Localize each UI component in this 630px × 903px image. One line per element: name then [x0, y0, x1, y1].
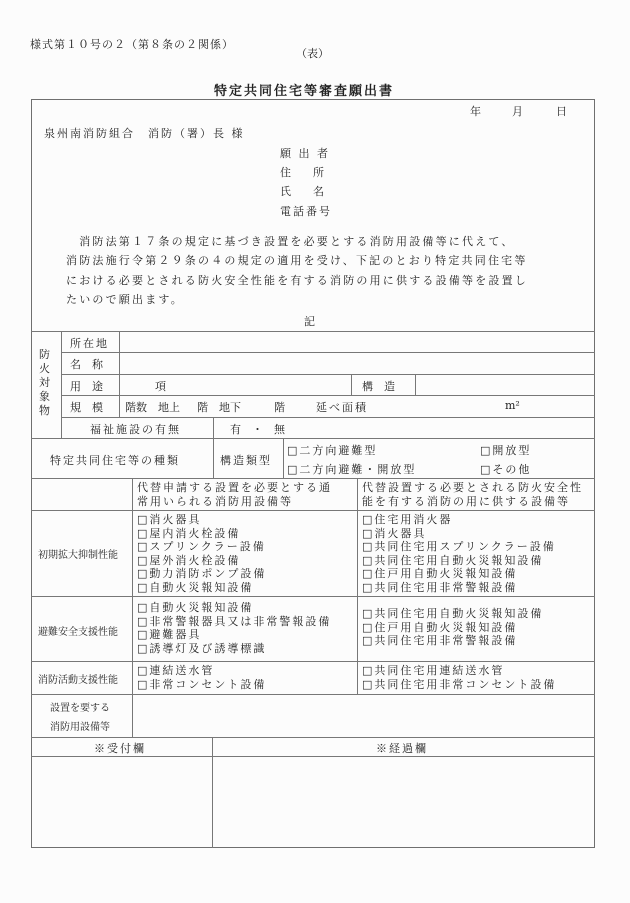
progress-label: ※経過欄 — [376, 740, 428, 756]
divider — [31, 661, 595, 662]
date-day: 日 — [556, 103, 567, 119]
divider — [213, 417, 214, 478]
divider — [31, 478, 595, 479]
name-label: 氏 名 — [280, 183, 324, 199]
type-label: 特定共同住宅等の種類 — [50, 452, 180, 468]
reception-field[interactable] — [32, 757, 211, 847]
row-firefighting-left-list: □連結送水管 □非常コンセント設備 — [137, 664, 266, 691]
checkbox-item[interactable]: □屋外消火栓設備 — [137, 554, 266, 568]
option-two-way-open[interactable]: □二方向避難・開放型 — [287, 461, 416, 477]
row-evacuation-right-list: □共同住宅用自動火災報知設備 □住戸用自動火災報知設備 □共同住宅用非常警報設備 — [362, 607, 543, 648]
checkbox-item[interactable]: □消火器具 — [362, 527, 556, 541]
row-label-firefighting-support: 消防活動支援性能 — [38, 671, 118, 686]
floors-above-unit: 階 地下 — [197, 399, 241, 415]
object-name-field[interactable] — [120, 353, 594, 373]
checkbox-item[interactable]: □スプリンクラー設備 — [137, 540, 266, 554]
row-label-evacuation-support: 避難安全支援性能 — [38, 623, 118, 638]
location-field[interactable] — [120, 332, 594, 351]
checkbox-item[interactable]: □共同住宅用連結送水管 — [362, 664, 556, 678]
checkbox-item[interactable]: □非常警報器具又は非常警報設備 — [137, 615, 331, 629]
floor-area-label: 延べ面積 — [316, 399, 368, 415]
reception-label: ※受付欄 — [94, 740, 146, 756]
welfare-label: 福祉施設の有無 — [90, 421, 181, 437]
addressee: 泉州南消防組合 消防（署）長 様 — [44, 125, 245, 141]
equipment-header-left: 代替申請する設置を必要とする通 常用いられる消防用設備等 — [137, 481, 332, 508]
checkbox-item[interactable]: □避難器具 — [137, 628, 331, 642]
required-equipment-field[interactable] — [133, 695, 594, 736]
divider — [61, 331, 62, 438]
row-initial-right-list: □住宅用消火器 □消火器具 □共同住宅用スプリンクラー設備 □共同住宅用自動火災… — [362, 513, 556, 594]
divider — [357, 478, 358, 694]
structure-label: 構 造 — [362, 378, 395, 394]
divider — [31, 438, 595, 439]
welfare-options[interactable]: 有 ・ 無 — [230, 421, 285, 437]
divider — [31, 596, 595, 597]
divider — [351, 374, 352, 395]
body-line-2: 消防法施行令第２９条の４の規定の適用を受け、下記のとおり特定共同住宅等 — [66, 252, 528, 268]
floors-label: 階数 地上 — [125, 399, 180, 415]
checkbox-item[interactable]: □共同住宅用非常警報設備 — [362, 581, 556, 595]
equipment-header-right: 代替設置する必要とされる防火安全性 能を有する消防の用に供する設備等 — [362, 481, 583, 508]
checkbox-item[interactable]: □非常コンセント設備 — [137, 678, 266, 692]
checkbox-item[interactable]: □住宅用消火器 — [362, 513, 556, 527]
body-line-1: 消防法第１７条の規定に基づき設置を必要とする消防用設備等に代えて、 — [66, 233, 515, 249]
ki-label: 記 — [304, 313, 315, 329]
applicant-heading: 願 出 者 — [280, 145, 330, 161]
form-number: 様式第１０号の２（第８条の２関係） — [30, 36, 234, 52]
location-label: 所在地 — [70, 335, 109, 351]
checkbox-item[interactable]: □自動火災報知設備 — [137, 601, 331, 615]
checkbox-item[interactable]: □連結送水管 — [137, 664, 266, 678]
checkbox-item[interactable]: □共同住宅用自動火災報知設備 — [362, 607, 543, 621]
checkbox-item[interactable]: □自動火災報知設備 — [137, 581, 266, 595]
body-line-4: たいので願出ます。 — [66, 291, 184, 307]
floors-below-unit: 階 — [274, 399, 285, 415]
phone-label: 電話番号 — [280, 203, 332, 219]
divider — [283, 438, 284, 478]
row-initial-left-list: □消火器具 □屋内消火栓設備 □スプリンクラー設備 □屋外消火栓設備 □動力消防… — [137, 513, 266, 594]
divider — [31, 737, 595, 738]
divider — [61, 395, 595, 396]
address-label: 住 所 — [280, 164, 324, 180]
date-month: 月 — [512, 103, 523, 119]
object-name-label: 名 称 — [70, 356, 103, 372]
object-group-label: 防 火 対 象 物 — [39, 348, 53, 418]
structure-field[interactable] — [416, 375, 594, 394]
progress-field[interactable] — [213, 757, 594, 847]
page-title: 特定共同住宅等審査願出書 — [214, 80, 394, 99]
scale-label: 規 模 — [70, 399, 103, 415]
body-line-3: における必要とされる防火安全性能を有する消防の用に供する設備等を設置し — [66, 272, 528, 288]
row-firefighting-right-list: □共同住宅用連結送水管 □共同住宅用非常コンセント設備 — [362, 664, 556, 691]
option-open[interactable]: □開放型 — [480, 442, 531, 458]
checkbox-item[interactable]: □誘導灯及び誘導標識 — [137, 642, 331, 656]
floor-area-unit: m² — [505, 399, 520, 412]
row-label-initial-suppression: 初期拡大抑制性能 — [38, 546, 118, 561]
checkbox-item[interactable]: □住戸用自動火災報知設備 — [362, 567, 556, 581]
checkbox-item[interactable]: □共同住宅用非常警報設備 — [362, 634, 543, 648]
checkbox-item[interactable]: □動力消防ポンプ設備 — [137, 567, 266, 581]
checkbox-item[interactable]: □共同住宅用非常コンセント設備 — [362, 678, 556, 692]
option-other[interactable]: □その他 — [480, 461, 531, 477]
date-year: 年 — [470, 103, 481, 119]
use-label: 用 途 — [70, 378, 103, 394]
row-evacuation-left-list: □自動火災報知設備 □非常警報器具又は非常警報設備 □避難器具 □誘導灯及び誘導… — [137, 601, 331, 655]
structure-type-label: 構造類型 — [220, 452, 272, 468]
option-two-way[interactable]: □二方向避難型 — [287, 442, 377, 458]
divider — [31, 510, 595, 511]
use-item-label: 項 — [155, 378, 166, 394]
checkbox-item[interactable]: □共同住宅用自動火災報知設備 — [362, 554, 556, 568]
checkbox-item[interactable]: □住戸用自動火災報知設備 — [362, 621, 543, 635]
required-equipment-label: 設置を要する 消防用設備等 — [50, 699, 110, 737]
checkbox-item[interactable]: □消火器具 — [137, 513, 266, 527]
divider — [61, 417, 595, 418]
checkbox-item[interactable]: □共同住宅用スプリンクラー設備 — [362, 540, 556, 554]
checkbox-item[interactable]: □屋内消火栓設備 — [137, 527, 266, 541]
side-label: （表） — [296, 45, 329, 61]
